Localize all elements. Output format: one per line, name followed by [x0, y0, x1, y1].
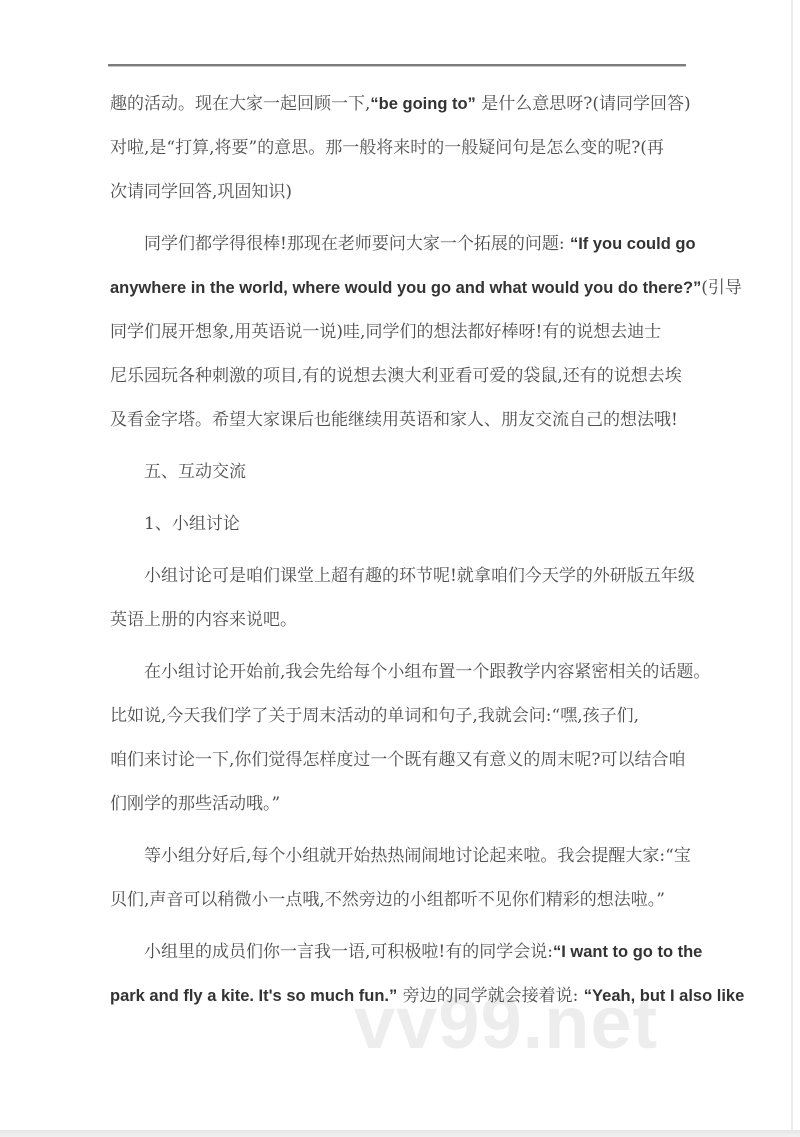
- text-segment-zh: 比如说,今天我们学了关于周末活动的单词和句子,我就会问:“嘿,孩子们,: [110, 706, 639, 726]
- bottom-edge-bar: [0, 1130, 800, 1137]
- text-line: park and fly a kite. It's so much fun.” …: [110, 974, 694, 1018]
- text-segment-zh: 等小组分好后,每个小组就开始热热闹闹地讨论起来啦。我会提醒大家:“宝: [144, 846, 691, 866]
- header-rule: [108, 64, 686, 67]
- text-segment-zh: 是什么意思呀?(请同学回答): [476, 94, 691, 114]
- text-segment-zh: 次请同学回答,巩固知识): [110, 182, 292, 202]
- text-segment-en: park and fly a kite. It's so much fun.”: [110, 987, 397, 1005]
- text-segment-zh: 1、小组讨论: [144, 514, 240, 534]
- text-line: 对啦,是“打算,将要”的意思。那一般将来时的一般疑问句是怎么变的呢?(再: [110, 126, 694, 170]
- paragraph: 同学们都学得很棒!那现在老师要问大家一个拓展的问题: “If you could…: [110, 222, 694, 442]
- text-line: anywhere in the world, where would you g…: [110, 266, 694, 310]
- paragraph: 五、互动交流: [110, 450, 694, 494]
- text-segment-zh: 同学们都学得很棒!那现在老师要问大家一个拓展的问题:: [144, 234, 570, 254]
- text-line: 比如说,今天我们学了关于周末活动的单词和句子,我就会问:“嘿,孩子们,: [110, 694, 694, 738]
- paragraph: 在小组讨论开始前,我会先给每个小组布置一个跟教学内容紧密相关的话题。比如说,今天…: [110, 650, 694, 826]
- paragraph: 趣的活动。现在大家一起回顾一下,“be going to” 是什么意思呀?(请同…: [110, 82, 694, 214]
- text-segment-zh: 对啦,是“打算,将要”的意思。那一般将来时的一般疑问句是怎么变的呢?(再: [110, 138, 664, 158]
- text-segment-en: “I want to go to the: [553, 943, 702, 961]
- text-segment-zh: 尼乐园玩各种刺激的项目,有的说想去澳大利亚看可爱的袋鼠,还有的说想去埃: [110, 366, 682, 386]
- document-content: 趣的活动。现在大家一起回顾一下,“be going to” 是什么意思呀?(请同…: [110, 82, 694, 1026]
- text-segment-zh: 旁边的同学就会接着说:: [397, 986, 584, 1006]
- paragraph: 等小组分好后,每个小组就开始热热闹闹地讨论起来啦。我会提醒大家:“宝贝们,声音可…: [110, 834, 694, 922]
- text-line: 贝们,声音可以稍微小一点哦,不然旁边的小组都听不见你们精彩的想法啦。”: [110, 878, 694, 922]
- text-line: 1、小组讨论: [110, 502, 694, 546]
- paragraph: 小组讨论可是咱们课堂上超有趣的环节呢!就拿咱们今天学的外研版五年级英语上册的内容…: [110, 554, 694, 642]
- text-line: 及看金字塔。希望大家课后也能继续用英语和家人、朋友交流自己的想法哦!: [110, 398, 694, 442]
- text-segment-zh: 贝们,声音可以稍微小一点哦,不然旁边的小组都听不见你们精彩的想法啦。”: [110, 890, 665, 910]
- text-line: 在小组讨论开始前,我会先给每个小组布置一个跟教学内容紧密相关的话题。: [110, 650, 694, 694]
- text-line: 次请同学回答,巩固知识): [110, 170, 694, 214]
- text-segment-zh: (引导: [701, 278, 742, 298]
- text-segment-en: “be going to”: [370, 95, 475, 113]
- text-segment-zh: 在小组讨论开始前,我会先给每个小组布置一个跟教学内容紧密相关的话题。: [144, 662, 710, 682]
- text-segment-zh: 小组讨论可是咱们课堂上超有趣的环节呢!就拿咱们今天学的外研版五年级: [144, 566, 695, 586]
- text-line: 们刚学的那些活动哦。”: [110, 782, 694, 826]
- text-segment-zh: 小组里的成员们你一言我一语,可积极啦!有的同学会说:: [144, 942, 553, 962]
- text-segment-en: anywhere in the world, where would you g…: [110, 279, 701, 297]
- paragraph: 小组里的成员们你一言我一语,可积极啦!有的同学会说:“I want to go …: [110, 930, 694, 1018]
- text-line: 同学们都学得很棒!那现在老师要问大家一个拓展的问题: “If you could…: [110, 222, 694, 266]
- text-line: 尼乐园玩各种刺激的项目,有的说想去澳大利亚看可爱的袋鼠,还有的说想去埃: [110, 354, 694, 398]
- page-right-edge: [791, 0, 793, 1137]
- text-segment-en: “Yeah, but I also like: [584, 987, 744, 1005]
- text-line: 同学们展开想象,用英语说一说)哇,同学们的想法都好棒呀!有的说想去迪士: [110, 310, 694, 354]
- text-line: 小组里的成员们你一言我一语,可积极啦!有的同学会说:“I want to go …: [110, 930, 694, 974]
- text-segment-en: “If you could go: [570, 235, 696, 253]
- text-segment-zh: 趣的活动。现在大家一起回顾一下,: [110, 94, 370, 114]
- paragraph: 1、小组讨论: [110, 502, 694, 546]
- text-line: 咱们来讨论一下,你们觉得怎样度过一个既有趣又有意义的周末呢?可以结合咱: [110, 738, 694, 782]
- text-line: 五、互动交流: [110, 450, 694, 494]
- text-line: 英语上册的内容来说吧。: [110, 598, 694, 642]
- text-line: 小组讨论可是咱们课堂上超有趣的环节呢!就拿咱们今天学的外研版五年级: [110, 554, 694, 598]
- text-segment-zh: 五、互动交流: [144, 462, 246, 482]
- text-line: 等小组分好后,每个小组就开始热热闹闹地讨论起来啦。我会提醒大家:“宝: [110, 834, 694, 878]
- text-segment-zh: 咱们来讨论一下,你们觉得怎样度过一个既有趣又有意义的周末呢?可以结合咱: [110, 750, 686, 770]
- text-segment-zh: 及看金字塔。希望大家课后也能继续用英语和家人、朋友交流自己的想法哦!: [110, 410, 678, 430]
- text-line: 趣的活动。现在大家一起回顾一下,“be going to” 是什么意思呀?(请同…: [110, 82, 694, 126]
- text-segment-zh: 们刚学的那些活动哦。”: [110, 794, 280, 814]
- text-segment-zh: 同学们展开想象,用英语说一说)哇,同学们的想法都好棒呀!有的说想去迪士: [110, 322, 661, 342]
- text-segment-zh: 英语上册的内容来说吧。: [110, 610, 297, 630]
